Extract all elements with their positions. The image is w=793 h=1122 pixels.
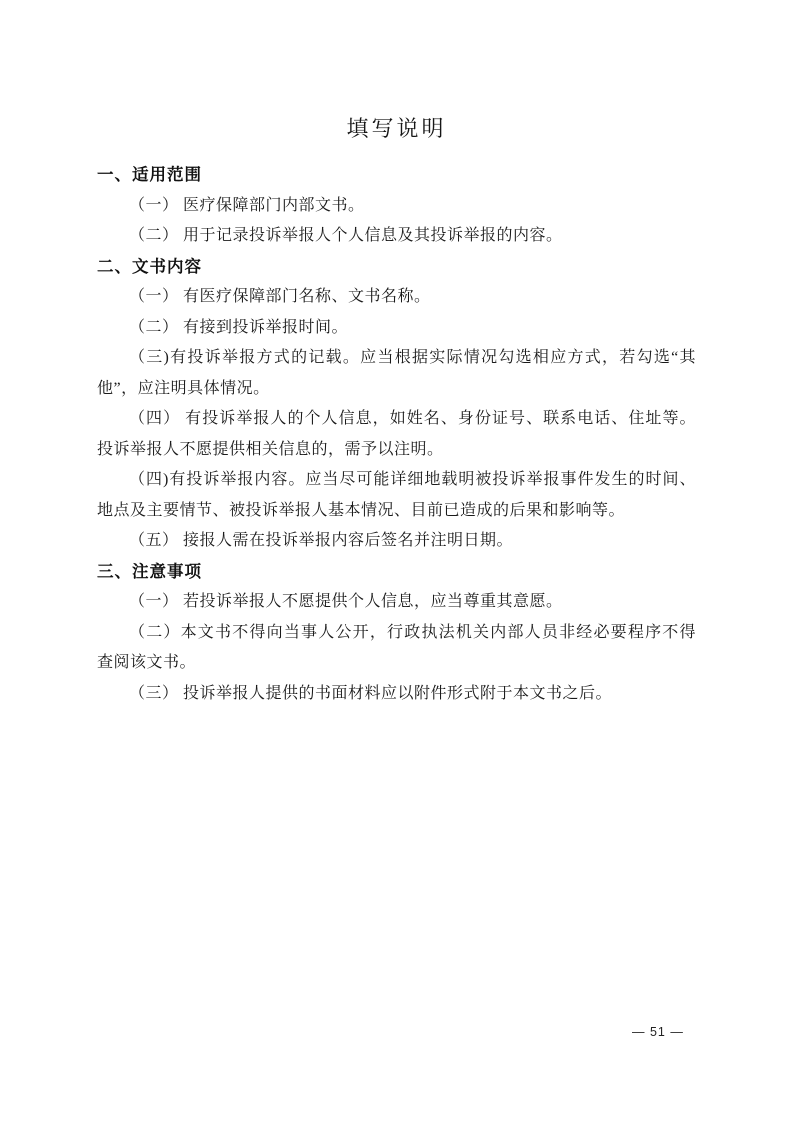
section-scope: 一、适用范围 （一） 医疗保障部门内部文书。 （二） 用于记录投诉举报人个人信息… — [97, 160, 696, 252]
body-line: （三） 投诉举报人提供的书面材料应以附件形式附于本文书之后。 — [97, 679, 696, 710]
body-line: 他”，应注明具体情况。 — [97, 374, 696, 405]
document-page: { "document": { "title": "填写说明", "page_n… — [0, 0, 793, 1122]
body-line: （一） 若投诉举报人不愿提供个人信息，应当尊重其意愿。 — [97, 587, 696, 618]
body-line: （一） 医疗保障部门内部文书。 — [97, 191, 696, 222]
body-line: （五） 接报人需在投诉举报内容后签名并注明日期。 — [97, 526, 696, 557]
section-heading: 一、适用范围 — [97, 160, 696, 191]
body-line: 投诉举报人不愿提供相关信息的，需予以注明。 — [97, 435, 696, 466]
body-line: （二） 用于记录投诉举报人个人信息及其投诉举报的内容。 — [97, 221, 696, 252]
body-line: （四） 有投诉举报人的个人信息，如姓名、身份证号、联系电话、住址等。 — [97, 404, 696, 435]
document-body: 一、适用范围 （一） 医疗保障部门内部文书。 （二） 用于记录投诉举报人个人信息… — [97, 160, 696, 709]
document-title: 填写说明 — [97, 114, 696, 144]
body-line: （四)有投诉举报内容。应当尽可能详细地载明被投诉举报事件发生的时间、 — [97, 465, 696, 496]
body-line: 查阅该文书。 — [97, 648, 696, 679]
section-heading: 三、注意事项 — [97, 557, 696, 588]
body-line: （二） 有接到投诉举报时间。 — [97, 313, 696, 344]
page-number: — 51 — — [632, 1024, 684, 1040]
body-line: 地点及主要情节、被投诉举报人基本情况、目前已造成的后果和影响等。 — [97, 496, 696, 527]
section-document-contents: 二、文书内容 （一） 有医疗保障部门名称、文书名称。 （二） 有接到投诉举报时间… — [97, 252, 696, 557]
section-heading: 二、文书内容 — [97, 252, 696, 283]
document-content: 填写说明 一、适用范围 （一） 医疗保障部门内部文书。 （二） 用于记录投诉举报… — [0, 0, 793, 709]
body-line: （一） 有医疗保障部门名称、文书名称。 — [97, 282, 696, 313]
section-notes: 三、注意事项 （一） 若投诉举报人不愿提供个人信息，应当尊重其意愿。 （二）本文… — [97, 557, 696, 710]
body-line: （三)有投诉举报方式的记载。应当根据实际情况勾选相应方式，若勾选“其 — [97, 343, 696, 374]
body-line: （二）本文书不得向当事人公开，行政执法机关内部人员非经必要程序不得 — [97, 618, 696, 649]
